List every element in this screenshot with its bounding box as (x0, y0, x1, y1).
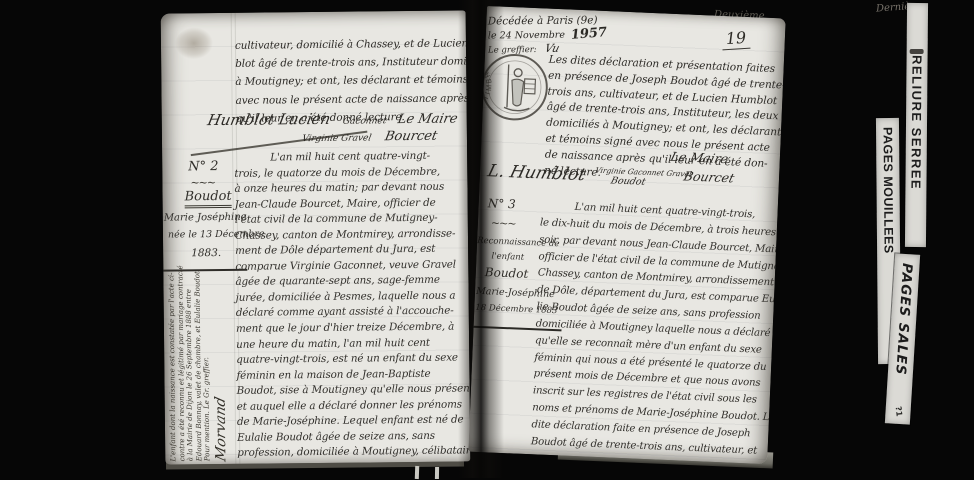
margin-birth-year: 1883. (191, 247, 221, 259)
clerk-label: Le greffier: (488, 45, 537, 56)
act-1-signatures-row2: Virginie Gravel Bourcet (302, 128, 462, 145)
death-margin-annotation: Décédée à Paris (9e) le 24 Novembre1957 … (488, 14, 658, 56)
declarant-signature: Boudot (610, 176, 693, 189)
text-line: quatre-vingt-trois, est né un enfant du … (236, 351, 468, 369)
signature: Le Maire (397, 111, 460, 127)
signature: Virginie Gravel (301, 133, 372, 144)
signature: Bourcet (384, 129, 439, 145)
act-1-signatures: Humblot Lucien Gaconnet Le Maire (208, 109, 458, 130)
archive-register-scan: Dernière Deuxième N° 2 ~~~ Boudot Marie … (0, 0, 974, 480)
text-line: blot âgé de trente-trois ans, Instituteu… (235, 53, 463, 74)
signature: Gaconnet (341, 116, 387, 126)
signature: Humblot Lucien (206, 110, 332, 129)
text-line: à Moutigney; et ont, les déclarant et té… (235, 71, 463, 92)
margin-surname: Boudot (184, 189, 231, 208)
legitimation-margin-note: L'enfant dont la naissance est constatée… (167, 277, 233, 462)
clerk-paraph: Vu (543, 42, 561, 55)
strip-smudge (910, 49, 924, 54)
margin-surname: Boudot (485, 265, 529, 281)
pages-sales-mark: ?1 (894, 406, 904, 417)
flourish-mark: ~~~ (190, 176, 215, 189)
right-page: Décédée à Paris (9e) le 24 Novembre1957 … (468, 6, 785, 464)
ink-stain (175, 27, 213, 59)
label-reliure-serree: RELIURE SERREE (905, 3, 928, 247)
text-line: cultivateur, domicilié à Chassey, et de … (235, 34, 463, 55)
death-year: 1957 (570, 25, 607, 43)
page-edge-tab (435, 467, 439, 479)
text-line: avec nous le présent acte de naissance a… (235, 89, 463, 110)
clerk-signature: Morvand (211, 275, 229, 463)
text-line: profession, domiciliée à Moutigney, céli… (237, 444, 469, 462)
text-line: ment que le jour d'hier treize Décembre,… (236, 319, 468, 337)
left-page: N° 2 ~~~ Boudot Marie Joséphine née le 1… (161, 10, 471, 464)
pages-mouillees-text: PAGES MOUILLEES (880, 118, 895, 254)
page-edge-tab (415, 466, 419, 479)
flourish-mark: ~~~ (491, 216, 516, 230)
page-number: 19 (721, 28, 751, 51)
timbre-stamp-icon: TIMBRE (474, 46, 555, 127)
legitimation-note-text: L'enfant dont la naissance est constatée… (167, 277, 212, 461)
act-2-birth-record-text: L'an mil huit cent quatre-vingt-trois, l… (234, 148, 469, 461)
witness-signature: L. Humblot (486, 161, 588, 185)
act-number: N° 3 (487, 196, 516, 211)
margin-note-line: l'enfant (491, 251, 524, 262)
mayor-title: Le Maire (669, 149, 730, 166)
death-date: le 24 Novembre (488, 30, 565, 42)
act-number: N° 2 (188, 159, 218, 174)
reliure-serree-text: RELIURE SERREE (908, 3, 925, 190)
pages-sales-text: PAGES SALES (892, 254, 915, 376)
act-3-recognition-text: L'an mil huit cent quatre-vingt-trois,le… (530, 198, 776, 460)
